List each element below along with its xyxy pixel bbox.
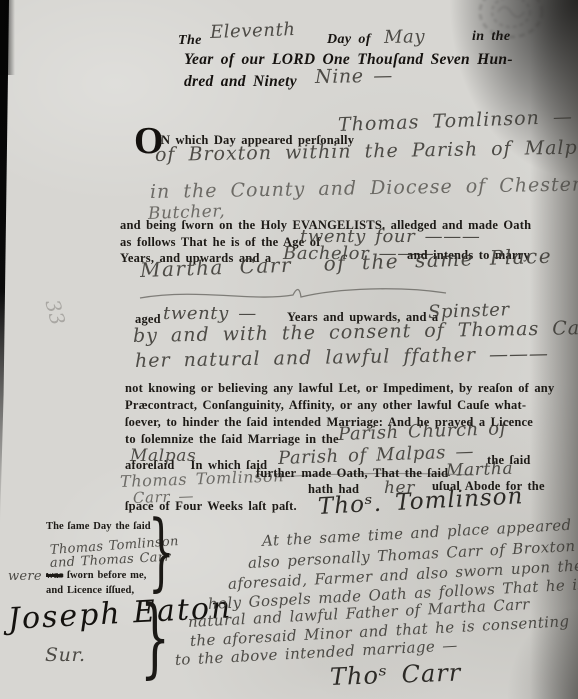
- attestation-printed-3: and Licence iſſued,: [46, 585, 134, 596]
- header-printed-ninety-line: dred and Ninety: [184, 73, 297, 91]
- embossed-stamp-icon: [468, 0, 554, 53]
- header-handwritten-month: May: [384, 26, 426, 48]
- document-page: The Eleventh Day of May in the Year of o…: [0, 0, 578, 699]
- curly-brace-lower: }: [140, 600, 170, 677]
- allegation-printed-13: further made Oath, That the ſaid: [256, 466, 448, 481]
- header-printed-the: The: [178, 33, 202, 49]
- margin-mark: 33: [40, 297, 70, 328]
- handwritten-bride-name-2: Martha: [446, 459, 514, 481]
- attestation-handwritten-were: were: [8, 569, 42, 584]
- attestation-sworn-text: ſworn before me,: [67, 570, 147, 581]
- header-printed-day-of: Day of: [327, 32, 371, 48]
- handwritten-church: Parish Church of: [338, 418, 508, 445]
- header-handwritten-year: Nine —: [315, 65, 393, 88]
- struck-word: was: [46, 570, 63, 581]
- attestation-printed-2: was ſworn before me,: [46, 570, 146, 581]
- attestation-printed-1: The ſame Day the ſaid: [46, 521, 151, 532]
- curly-brace-upper: }: [148, 514, 175, 590]
- handwritten-county-diocese: in the County and Diocese of Chester, —: [150, 173, 578, 203]
- scan-shadow-top-left: [0, 0, 15, 75]
- allegation-printed-8: Præcontract, Conſanguinity, Affinity, or…: [125, 398, 526, 413]
- header-printed-in-the: in the: [472, 29, 510, 45]
- allegation-printed-10: to ſolemnize the ſaid Marriage in the: [125, 432, 339, 447]
- surrogate-title: Sur.: [45, 644, 86, 666]
- scan-shadow-left-edge: [0, 0, 9, 525]
- allegation-printed-7: not knowing or believing any lawful Let,…: [125, 381, 554, 396]
- handwritten-bride-age: twenty —: [163, 303, 257, 324]
- signature-thomas-carr: Thoˢ Carr: [330, 658, 462, 691]
- handwritten-consent-2: her natural and lawful ffather ———: [135, 343, 549, 372]
- header-handwritten-day: Eleventh: [210, 19, 296, 43]
